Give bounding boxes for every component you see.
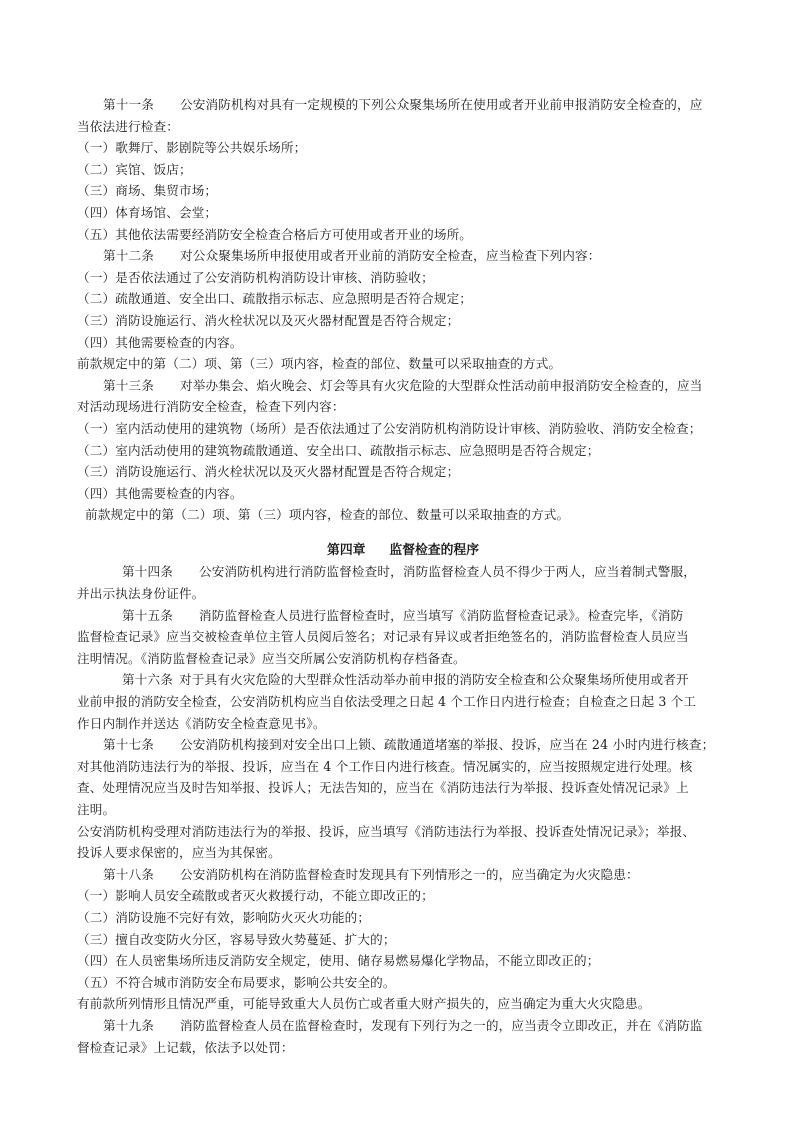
article-12-item-2: （二）疏散通道、安全出口、疏散指示标志、应急照明是否符合规定； xyxy=(77,288,729,310)
article-11-line-2: 当依法进行检查： xyxy=(77,116,729,138)
chapter-title: 监督检查的程序 xyxy=(389,543,479,558)
article-15-line-2: 监督检查记录》应当交被检查单位主管人员阅后签名；对记录有异议或者拒绝签名的，消防… xyxy=(77,626,729,648)
article-19-line-1: 第十九条消防监督检查人员在监督检查时，发现有下列行为之一的，应当责令立即改正，并… xyxy=(77,1015,729,1037)
article-13-item-1: （一）室内活动使用的建筑物（场所）是否依法通过了公安消防机构消防设计审核、消防验… xyxy=(77,418,729,440)
article-17-line-2: 对其他消防违法行为的举报、投诉，应当在 4 个工作日内进行核查。情况属实的，应当… xyxy=(77,756,729,778)
article-16-number: 第十六条 xyxy=(122,672,173,687)
article-18-item-4: （四）在人员密集场所违反消防安全规定，使用、储存易燃易爆化学物品，不能立即改正的… xyxy=(77,950,729,972)
article-18-item-2: （二）消防设施不完好有效，影响防火灭火功能的； xyxy=(77,907,729,929)
article-19-number: 第十九条 xyxy=(103,1018,154,1033)
article-13-item-4: （四）其他需要检查的内容。 xyxy=(77,483,729,505)
article-13-line-1: 第十三条对举办集会、焰火晚会、灯会等具有火灾危险的大型群众性活动前申报消防安全检… xyxy=(77,375,729,397)
article-17-para2-line-2: 投诉人要求保密的，应当为其保密。 xyxy=(77,842,729,864)
article-18-line-1: 第十八条公安消防机构在消防监督检查时发现具有下列情形之一的，应当确定为火灾隐患： xyxy=(77,864,729,886)
article-15-line-3: 注明情况。《消防监督检查记录》应当交所属公安消防机构存档备查。 xyxy=(77,648,729,670)
article-18-number: 第十八条 xyxy=(103,867,154,882)
article-13-item-2: （二）室内活动使用的建筑物疏散通道、安全出口、疏散指示标志、应急照明是否符合规定… xyxy=(77,440,729,462)
article-15-number: 第十五条 xyxy=(122,608,173,623)
article-18-item-1: （一）影响人员安全疏散或者灭火救援行动，不能立即改正的； xyxy=(77,885,729,907)
article-11-item-4: （四）体育场馆、会堂； xyxy=(77,202,729,224)
article-12-note: 前款规定中的第（二）项、第（三）项内容，检查的部位、数量可以采取抽查的方式。 xyxy=(77,353,729,375)
article-14-line-1: 第十四条公安消防机构进行消防监督检查时，消防监督检查人员不得少于两人，应当着制式… xyxy=(77,561,729,583)
article-16-line-2: 业前申报的消防安全检查，公安消防机构应当自依法受理之日起 4 个工作日内进行检查… xyxy=(77,691,729,713)
article-15-line-1: 第十五条消防监督检查人员进行监督检查时，应当填写《消防监督检查记录》。检查完毕，… xyxy=(77,605,729,627)
article-17-line-3: 查、处理情况应当及时告知举报、投诉人；无法告知的，应当在《消防违法行为举报、投诉… xyxy=(77,777,729,799)
article-19-line-2: 督检查记录》上记载，依法予以处罚： xyxy=(77,1037,729,1059)
article-17-number: 第十七条 xyxy=(103,737,154,752)
article-11-item-5: （五）其他依法需要经消防安全检查合格后方可使用或者开业的场所。 xyxy=(77,224,729,246)
article-17-para2-line-1: 公安消防机构受理对消防违法行为的举报、投诉，应当填写《消防违法行为举报、投诉查处… xyxy=(77,821,729,843)
article-12-item-3: （三）消防设施运行、消火栓状况以及灭火器材配置是否符合规定； xyxy=(77,310,729,332)
article-16-line-1: 第十六条对于具有火灾危险的大型群众性活动举办前申报的消防安全检查和公众聚集场所使… xyxy=(77,669,729,691)
article-13-item-3: （三）消防设施运行、消火栓状况以及灭火器材配置是否符合规定； xyxy=(77,461,729,483)
article-12-number: 第十二条 xyxy=(103,248,154,263)
chapter-4-heading: 第四章监督检查的程序 xyxy=(77,540,729,562)
article-12-item-4: （四）其他需要检查的内容。 xyxy=(77,332,729,354)
article-18-note: 有前款所列情形且情况严重，可能导致重大人员伤亡或者重大财产损失的，应当确定为重大… xyxy=(77,993,729,1015)
article-11-item-2: （二）宾馆、饭店； xyxy=(77,159,729,181)
article-11-number: 第十一条 xyxy=(103,97,154,112)
chapter-number: 第四章 xyxy=(327,543,365,558)
article-14-number: 第十四条 xyxy=(122,564,173,579)
article-13-note: 前款规定中的第（二）项、第（三）项内容，检查的部位、数量可以采取抽查的方式。 xyxy=(77,504,729,526)
article-18-item-3: （三）擅自改变防火分区，容易导致火势蔓延、扩大的； xyxy=(77,929,729,951)
article-17-line-4: 注明。 xyxy=(77,799,729,821)
article-12-item-1: （一）是否依法通过了公安消防机构消防设计审核、消防验收； xyxy=(77,267,729,289)
article-18-item-5: （五）不符合城市消防安全布局要求，影响公共安全的。 xyxy=(77,972,729,994)
article-16-line-3: 作日内制作并送达《消防安全检查意见书》。 xyxy=(77,713,729,735)
article-11-item-1: （一）歌舞厅、影剧院等公共娱乐场所； xyxy=(77,137,729,159)
article-11-line-1: 第十一条公安消防机构对具有一定规模的下列公众聚集场所在使用或者开业前申报消防安全… xyxy=(77,94,729,116)
article-11-item-3: （三）商场、集贸市场； xyxy=(77,180,729,202)
article-13-line-2: 对活动现场进行消防安全检查，检查下列内容： xyxy=(77,396,729,418)
article-12-line-1: 第十二条对公众聚集场所申报使用或者开业前的消防安全检查，应当检查下列内容： xyxy=(77,245,729,267)
article-13-number: 第十三条 xyxy=(103,378,154,393)
document-page: 第十一条公安消防机构对具有一定规模的下列公众聚集场所在使用或者开业前申报消防安全… xyxy=(77,94,729,1058)
article-17-line-1: 第十七条公安消防机构接到对安全出口上锁、疏散通道堵塞的举报、投诉，应当在 24 … xyxy=(77,734,729,756)
article-14-line-2: 并出示执法身份证件。 xyxy=(77,583,729,605)
